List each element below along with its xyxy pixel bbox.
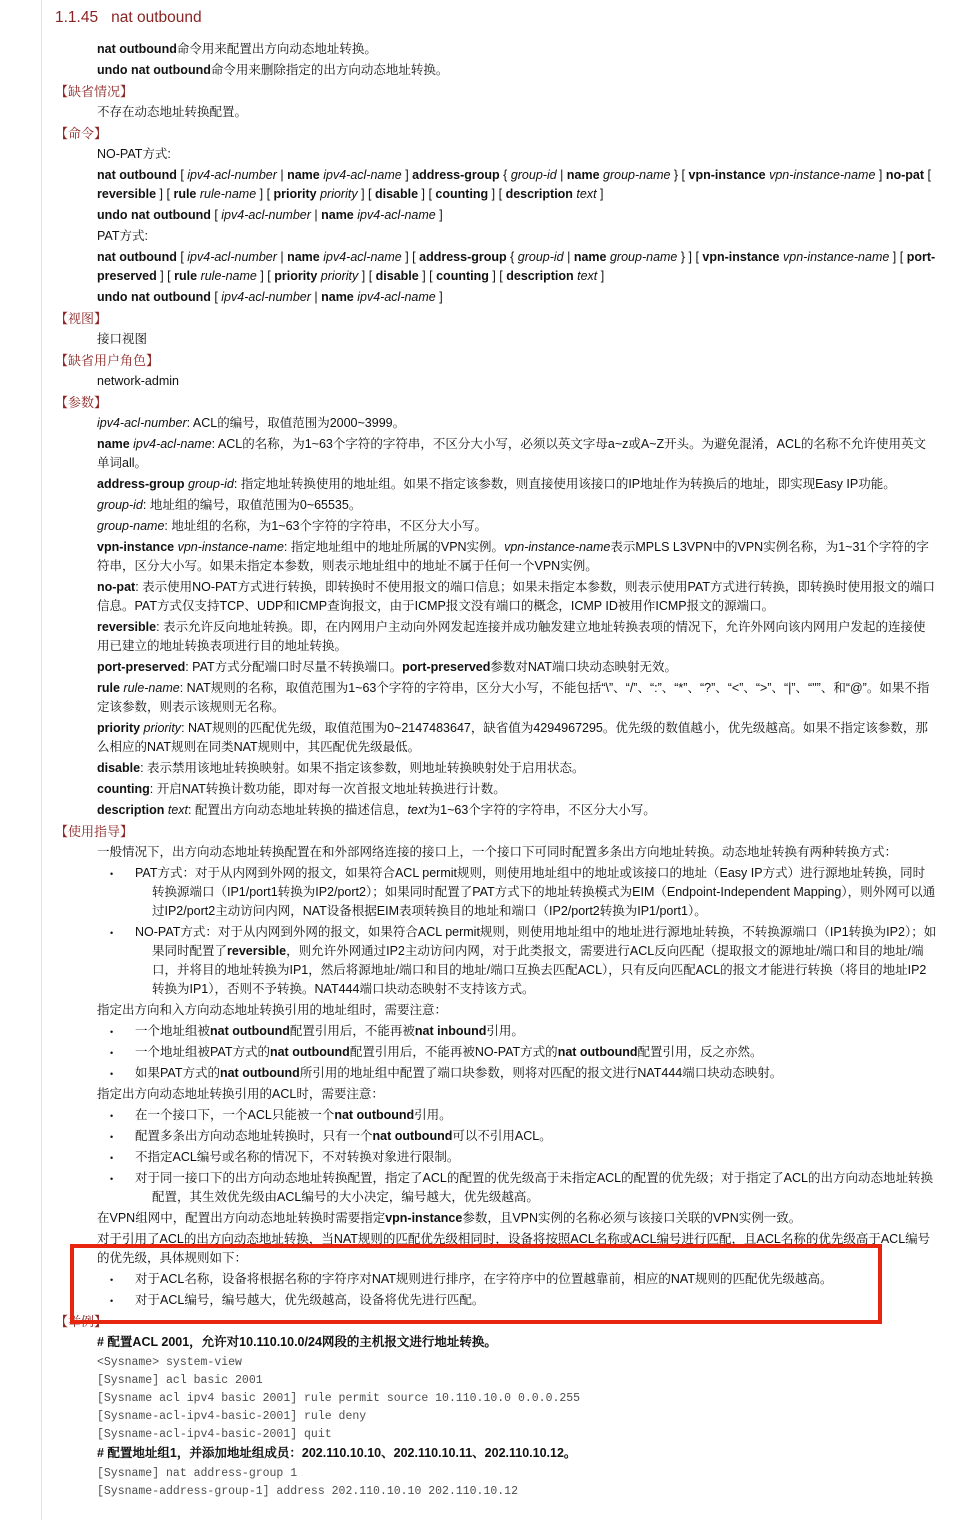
text-segment: 一般情况下，出方向动态地址转换配置在和外部网络连接的接口上，一个接口下可同时配置… xyxy=(97,845,897,859)
text-segment: port-preserved xyxy=(402,660,490,674)
bullet-marker-icon: • xyxy=(110,1044,113,1063)
text-segment: ] [ xyxy=(488,187,505,201)
text-segment: ipv4-acl-number xyxy=(221,290,311,304)
paragraph: 在VPN组网中，配置出方向动态地址转换时需要指定vpn-instance参数，且… xyxy=(97,1209,937,1228)
text-segment: ipv4-acl-name xyxy=(323,250,402,264)
text-segment: # 配置地址组1，并添加地址组成员：202.110.10.10、202.110.… xyxy=(97,1446,576,1460)
paragraph: ipv4-acl-number: ACL的编号，取值范围为2000~3999。 xyxy=(97,414,937,433)
text-segment: nat outbound xyxy=(558,1045,638,1059)
text-segment: nat outbound xyxy=(373,1129,453,1143)
text-segment: network-admin xyxy=(97,374,179,388)
paragraph: priority priority: NAT规则的匹配优先级，取值范围为0~21… xyxy=(97,719,937,757)
text-segment: ] [ xyxy=(402,250,419,264)
code-line: <Sysname> system-view xyxy=(97,1354,937,1372)
text-segment: address-group xyxy=(412,168,500,182)
text-segment: 配置引用后，不能再被 xyxy=(290,1024,415,1038)
section-title-text: nat outbound xyxy=(111,9,202,26)
text-segment: vpn-instance-name xyxy=(783,250,889,264)
text-segment: 在VPN组网中，配置出方向动态地址转换时需要指定 xyxy=(97,1211,385,1225)
text-segment: 不存在动态地址转换配置。 xyxy=(97,105,247,119)
text-segment: group-name xyxy=(603,168,670,182)
text-segment: : 表示允许反向地址转换。即，在内网用户主动向外网发起连接并成功触发建立地址转换… xyxy=(97,620,926,653)
text-segment: vpn-instance xyxy=(97,540,174,554)
text-segment: text xyxy=(577,269,597,283)
paragraph: group-id: 地址组的编号，取值范围为0~65535。 xyxy=(97,496,937,515)
text-segment: no-pat xyxy=(97,580,135,594)
text-segment: reversible xyxy=(97,187,156,201)
text-segment: description xyxy=(506,269,573,283)
text-segment: vpn-instance xyxy=(702,250,779,264)
paragraph: network-admin xyxy=(97,372,937,391)
text-segment: no-pat xyxy=(886,168,924,182)
text-segment: PAT方式：对于从内网到外网的报文，如果符合ACL permit规则，则使用地址… xyxy=(135,866,935,918)
bullet-marker-icon: • xyxy=(110,1170,113,1189)
text-segment: undo nat outbound xyxy=(97,290,211,304)
section-heading: 【缺省用户角色】 xyxy=(55,351,937,370)
text-segment: rule-name xyxy=(200,187,256,201)
paragraph: # 配置ACL 2001，允许对10.110.10.0/24网段的主机报文进行地… xyxy=(97,1333,937,1352)
bullet-list-item: •如果PAT方式的nat outbound所引用的地址组中配置了端口块参数，则将… xyxy=(152,1064,937,1083)
paragraph: PAT方式: xyxy=(97,227,937,246)
code-line: [Sysname-acl-ipv4-basic-2001] quit xyxy=(97,1426,937,1444)
text-segment: rule-name xyxy=(123,681,179,695)
bullet-list-item: •配置多条出方向动态地址转换时，只有一个nat outbound可以不引用ACL… xyxy=(152,1127,937,1146)
bullet-marker-icon: • xyxy=(110,1292,113,1311)
text-segment: nat inbound xyxy=(415,1024,487,1038)
text-segment: 对于引用了ACL的出方向动态地址转换，当NAT规则的匹配优先级相同时，设备将按照… xyxy=(97,1232,930,1265)
paragraph: reversible: 表示允许反向地址转换。即，在内网用户主动向外网发起连接并… xyxy=(97,618,937,656)
text-segment: name xyxy=(567,168,600,182)
text-segment: name xyxy=(574,250,607,264)
text-segment: ipv4-acl-name xyxy=(357,208,436,222)
text-segment: : 指定地址转换使用的地址组。如果不指定该参数，则直接使用该接口的IP地址作为转… xyxy=(234,477,896,491)
text-segment: group-name xyxy=(610,250,677,264)
text-segment: ipv4-acl-number xyxy=(187,168,277,182)
text-segment: counting xyxy=(435,187,488,201)
text-segment: group-id xyxy=(518,250,564,264)
text-segment: ] xyxy=(597,187,604,201)
text-segment: { xyxy=(500,168,511,182)
bullet-marker-icon: • xyxy=(110,1023,113,1042)
paragraph: 一般情况下，出方向动态地址转换配置在和外部网络连接的接口上，一个接口下可同时配置… xyxy=(97,843,937,862)
text-segment: ] [ xyxy=(156,187,173,201)
text-segment: 对于ACL编号，编号越大，优先级越高，设备将优先进行匹配。 xyxy=(135,1293,484,1307)
text-segment: rule-name xyxy=(201,269,257,283)
paragraph: group-name: 地址组的名称，为1~63个字符的字符串，不区分大小写。 xyxy=(97,517,937,536)
bullet-list-item: •对于ACL名称，设备将根据名称的字符序对NAT规则进行排序，在字符序中的位置越… xyxy=(152,1270,937,1289)
text-segment: ] [ xyxy=(418,187,435,201)
text-segment: ipv4-acl-name xyxy=(323,168,402,182)
text-segment: | xyxy=(557,168,567,182)
paragraph: nat outbound [ ipv4-acl-number | name ip… xyxy=(97,166,937,204)
paragraph: undo nat outbound [ ipv4-acl-number | na… xyxy=(97,206,937,225)
text-segment: nat outbound xyxy=(220,1066,300,1080)
text-segment: name xyxy=(97,437,130,451)
text-segment: group-id xyxy=(97,498,143,512)
text-segment: name xyxy=(321,290,354,304)
text-segment: vpn-instance-name xyxy=(769,168,875,182)
bullet-list-item: •NO-PAT方式：对于从内网到外网的报文，如果符合ACL permit规则，则… xyxy=(152,923,937,999)
paragraph: undo nat outbound命令用来删除指定的出方向动态地址转换。 xyxy=(97,61,937,80)
paragraph: 对于引用了ACL的出方向动态地址转换，当NAT规则的匹配优先级相同时，设备将按照… xyxy=(97,1230,937,1268)
text-segment: undo nat outbound xyxy=(97,208,211,222)
text-segment: group-name xyxy=(97,519,164,533)
code-line: [Sysname-address-group-1] address 202.11… xyxy=(97,1483,937,1501)
section-heading: 【缺省情况】 xyxy=(55,82,937,101)
text-segment: 配置引用，反之亦然。 xyxy=(638,1045,763,1059)
paragraph: port-preserved: PAT方式分配端口时尽量不转换端口。port-p… xyxy=(97,658,937,677)
text-segment: : PAT方式分配端口时尽量不转换端口。 xyxy=(185,660,402,674)
text-segment: vpn-instance xyxy=(689,168,766,182)
text-segment: rule xyxy=(173,187,196,201)
text-segment: [ xyxy=(211,290,221,304)
bullet-list-item: •一个地址组被PAT方式的nat outbound配置引用后，不能再被NO-PA… xyxy=(152,1043,937,1062)
text-segment: rule xyxy=(97,681,120,695)
text-segment: | xyxy=(277,168,287,182)
bullet-list-item: •在一个接口下，一个ACL只能被一个nat outbound引用。 xyxy=(152,1106,937,1125)
text-segment: ] xyxy=(436,290,443,304)
text-segment: port-preserved xyxy=(97,660,185,674)
paragraph: # 配置地址组1，并添加地址组成员：202.110.10.10、202.110.… xyxy=(97,1444,937,1463)
text-segment: priority xyxy=(320,187,358,201)
text-segment: disable xyxy=(375,187,418,201)
text-segment: nat outbound xyxy=(97,250,177,264)
text-segment: description xyxy=(506,187,573,201)
paragraph: nat outbound [ ipv4-acl-number | name ip… xyxy=(97,248,937,286)
bullet-list-item: •对于同一接口下的出方向动态地址转换配置，指定了ACL的配置的优先级高于未指定A… xyxy=(152,1169,937,1207)
text-segment: NO-PAT方式: xyxy=(97,147,171,161)
text-segment: | xyxy=(311,290,321,304)
text-segment: | xyxy=(564,250,574,264)
bullet-marker-icon: • xyxy=(110,1065,113,1084)
text-segment: } [ xyxy=(670,168,688,182)
bullet-list-item: •一个地址组被nat outbound配置引用后，不能再被nat inbound… xyxy=(152,1022,937,1041)
text-segment: rule xyxy=(174,269,197,283)
text-segment: name xyxy=(287,168,320,182)
bullet-marker-icon: • xyxy=(110,1271,113,1290)
text-segment: : 指定地址组中的地址所属的VPN实例。 xyxy=(284,540,504,554)
text-segment: [ xyxy=(211,208,221,222)
text-segment: 所引用的地址组中配置了端口块参数，则将对匹配的报文进行NAT444端口块动态映射… xyxy=(300,1066,782,1080)
text-segment: ] xyxy=(875,168,885,182)
paragraph: nat outbound命令用来配置出方向动态地址转换。 xyxy=(97,40,937,59)
text-segment: ] xyxy=(436,208,443,222)
text-segment: : 地址组的编号，取值范围为0~65535。 xyxy=(143,498,361,512)
text-segment: undo nat outbound xyxy=(97,63,211,77)
code-line: [Sysname acl ipv4 basic 2001] rule permi… xyxy=(97,1390,937,1408)
text-segment: 对于同一接口下的出方向动态地址转换配置，指定了ACL的配置的优先级高于未指定AC… xyxy=(135,1171,933,1204)
text-segment: : 开启NAT转换计数功能，即对每一次首报文地址转换进行计数。 xyxy=(150,782,506,796)
text-segment: ] [ xyxy=(256,187,273,201)
text-segment: : 地址组的名称，为1~63个字符的字符串，不区分大小写。 xyxy=(164,519,487,533)
text-segment: { xyxy=(507,250,518,264)
text-segment: | xyxy=(277,250,287,264)
text-segment: 配置引用后，不能再被NO-PAT方式的 xyxy=(350,1045,558,1059)
bullet-list-item: •PAT方式：对于从内网到外网的报文，如果符合ACL permit规则，则使用地… xyxy=(152,864,937,921)
text-segment: group-id xyxy=(511,168,557,182)
text-segment: ipv4-acl-number xyxy=(221,208,311,222)
text-segment: nat outbound xyxy=(97,42,177,56)
text-segment: group-id xyxy=(188,477,234,491)
text-segment: : ACL的名称，为1~63个字符的字符串，不区分大小写，必须以英文字母a~z或… xyxy=(97,437,926,470)
bullet-marker-icon: • xyxy=(110,924,113,943)
paragraph: rule rule-name: NAT规则的名称，取值范围为1~63个字符的字符… xyxy=(97,679,937,717)
text-segment: priority xyxy=(144,721,182,735)
text-segment: ] xyxy=(597,269,604,283)
text-segment: 参数，且VPN实例的名称必须与该接口关联的VPN实例一致。 xyxy=(462,1211,801,1225)
bullet-marker-icon: • xyxy=(110,865,113,884)
text-segment: priority xyxy=(274,187,317,201)
paragraph: counting: 开启NAT转换计数功能，即对每一次首报文地址转换进行计数。 xyxy=(97,780,937,799)
text-segment: 指定出方向和入方向动态地址转换引用的地址组时，需要注意： xyxy=(97,1003,447,1017)
text-segment: name xyxy=(287,250,320,264)
text-segment: PAT方式: xyxy=(97,229,148,243)
text-segment: ipv4-acl-number xyxy=(187,250,277,264)
text-segment: 参数对NAT端口块动态映射无效。 xyxy=(490,660,677,674)
text-segment: text xyxy=(168,803,188,817)
text-segment: 命令用来删除指定的出方向动态地址转换。 xyxy=(211,63,449,77)
paragraph: name ipv4-acl-name: ACL的名称，为1~63个字符的字符串，… xyxy=(97,435,937,473)
text-segment: reversible xyxy=(97,620,156,634)
text-segment: ] [ xyxy=(358,187,375,201)
text-segment: [ xyxy=(924,168,931,182)
text-segment: description xyxy=(97,803,164,817)
text-segment: nat outbound xyxy=(270,1045,350,1059)
text-segment: ] [ xyxy=(419,269,436,283)
section-heading: 【命令】 xyxy=(55,124,937,143)
text-segment: vpn-instance xyxy=(385,1211,462,1225)
text-segment: 对于ACL名称，设备将根据名称的字符序对NAT规则进行排序，在字符序中的位置越靠… xyxy=(135,1272,832,1286)
text-segment: address-group xyxy=(97,477,185,491)
text-segment: : NAT规则的名称，取值范围为1~63个字符的字符串，区分大小写，不能包括“\… xyxy=(97,681,929,714)
paragraph: description text: 配置出方向动态地址转换的描述信息，text为… xyxy=(97,801,937,820)
text-segment: 一个地址组被PAT方式的 xyxy=(135,1045,270,1059)
text-segment: 如果PAT方式的 xyxy=(135,1066,220,1080)
text-segment: nat outbound xyxy=(210,1024,290,1038)
text-segment: 引用。 xyxy=(414,1108,452,1122)
paragraph: undo nat outbound [ ipv4-acl-number | na… xyxy=(97,288,937,307)
text-segment: 配置多条出方向动态地址转换时，只有一个 xyxy=(135,1129,373,1143)
text-segment: : 表示使用NO-PAT方式进行转换，即转换时不使用报文的端口信息；如果未指定本… xyxy=(97,580,935,613)
text-segment: disable xyxy=(97,761,140,775)
text-segment: [ xyxy=(177,168,187,182)
text-segment: : ACL的编号，取值范围为2000~3999。 xyxy=(187,416,406,430)
text-segment: priority xyxy=(321,269,359,283)
text-segment: : NAT规则的匹配优先级，取值范围为0~2147483647，缺省值为4294… xyxy=(97,721,928,754)
bullet-list-item: •对于ACL编号，编号越大，优先级越高，设备将优先进行匹配。 xyxy=(152,1291,937,1310)
text-segment: } ] [ xyxy=(677,250,702,264)
document-content: 1.1.45nat outbound nat outbound命令用来配置出方向… xyxy=(0,0,975,1501)
section-number: 1.1.45 xyxy=(55,9,98,26)
text-segment: ipv4-acl-name xyxy=(133,437,212,451)
text-segment: 命令用来配置出方向动态地址转换。 xyxy=(177,42,377,56)
text-segment: ] [ xyxy=(358,269,375,283)
text-segment: 为1~63个字符的字符串，不区分大小写。 xyxy=(428,803,656,817)
text-segment: 在一个接口下，一个ACL只能被一个 xyxy=(135,1108,334,1122)
text-segment: address-group xyxy=(419,250,507,264)
text-segment: : 配置出方向动态地址转换的描述信息， xyxy=(188,803,407,817)
bullet-list-item: •不指定ACL编号或名称的情况下，不对转换对象进行限制。 xyxy=(152,1148,937,1167)
text-segment: text xyxy=(576,187,596,201)
bullet-marker-icon: • xyxy=(110,1107,113,1126)
paragraph: NO-PAT方式: xyxy=(97,145,937,164)
text-segment: counting xyxy=(97,782,150,796)
page-title: 1.1.45nat outbound xyxy=(55,8,937,28)
text-segment: : 表示禁用该地址转换映射。如果不指定该参数，则地址转换映射处于启用状态。 xyxy=(140,761,584,775)
paragraph: 指定出方向动态地址转换引用的ACL时，需要注意： xyxy=(97,1085,937,1104)
paragraph: 不存在动态地址转换配置。 xyxy=(97,103,937,122)
text-segment: 可以不引用ACL。 xyxy=(452,1129,551,1143)
text-segment: 指定出方向动态地址转换引用的ACL时，需要注意： xyxy=(97,1087,384,1101)
text-segment: 一个地址组被 xyxy=(135,1024,210,1038)
section-heading: 【参数】 xyxy=(55,393,937,412)
paragraph: address-group group-id: 指定地址转换使用的地址组。如果不… xyxy=(97,475,937,494)
code-line: [Sysname] acl basic 2001 xyxy=(97,1372,937,1390)
text-segment: nat outbound xyxy=(97,168,177,182)
text-segment: priority xyxy=(274,269,317,283)
text-segment: 引用。 xyxy=(486,1024,524,1038)
text-segment: ] xyxy=(402,168,412,182)
section-heading: 【视图】 xyxy=(55,309,937,328)
text-segment: ipv4-acl-name xyxy=(357,290,436,304)
text-segment: ] [ xyxy=(157,269,174,283)
paragraph: vpn-instance vpn-instance-name: 指定地址组中的地… xyxy=(97,538,937,576)
text-segment: ] [ xyxy=(489,269,506,283)
text-segment: nat outbound xyxy=(334,1108,414,1122)
text-segment: counting xyxy=(436,269,489,283)
text-segment: ] [ xyxy=(257,269,274,283)
text-segment: disable xyxy=(376,269,419,283)
text-segment: text xyxy=(407,803,427,817)
text-segment: 接口视图 xyxy=(97,332,147,346)
text-segment: priority xyxy=(97,721,140,735)
text-segment: vpn-instance-name xyxy=(504,540,610,554)
section-heading: 【使用指导】 xyxy=(55,822,937,841)
text-segment: name xyxy=(321,208,354,222)
text-segment: | xyxy=(311,208,321,222)
section-heading: 【举例】 xyxy=(55,1312,937,1331)
code-line: [Sysname-acl-ipv4-basic-2001] rule deny xyxy=(97,1408,937,1426)
text-segment: # 配置ACL 2001，允许对10.110.10.0/24网段的主机报文进行地… xyxy=(97,1335,497,1349)
text-segment: 不指定ACL编号或名称的情况下，不对转换对象进行限制。 xyxy=(135,1150,459,1164)
text-segment: reversible xyxy=(227,944,286,958)
paragraph: disable: 表示禁用该地址转换映射。如果不指定该参数，则地址转换映射处于启… xyxy=(97,759,937,778)
text-segment: ] [ xyxy=(889,250,906,264)
document-page: 1.1.45nat outbound nat outbound命令用来配置出方向… xyxy=(0,0,975,1520)
paragraph: 接口视图 xyxy=(97,330,937,349)
code-line: [Sysname] nat address-group 1 xyxy=(97,1465,937,1483)
bullet-marker-icon: • xyxy=(110,1128,113,1147)
document-blocks: nat outbound命令用来配置出方向动态地址转换。undo nat out… xyxy=(55,40,937,1501)
paragraph: 指定出方向和入方向动态地址转换引用的地址组时，需要注意： xyxy=(97,1001,937,1020)
paragraph: no-pat: 表示使用NO-PAT方式进行转换，即转换时不使用报文的端口信息；… xyxy=(97,578,937,616)
text-segment: vpn-instance-name xyxy=(178,540,284,554)
text-segment: [ xyxy=(177,250,187,264)
bullet-marker-icon: • xyxy=(110,1149,113,1168)
text-segment: ipv4-acl-number xyxy=(97,416,187,430)
